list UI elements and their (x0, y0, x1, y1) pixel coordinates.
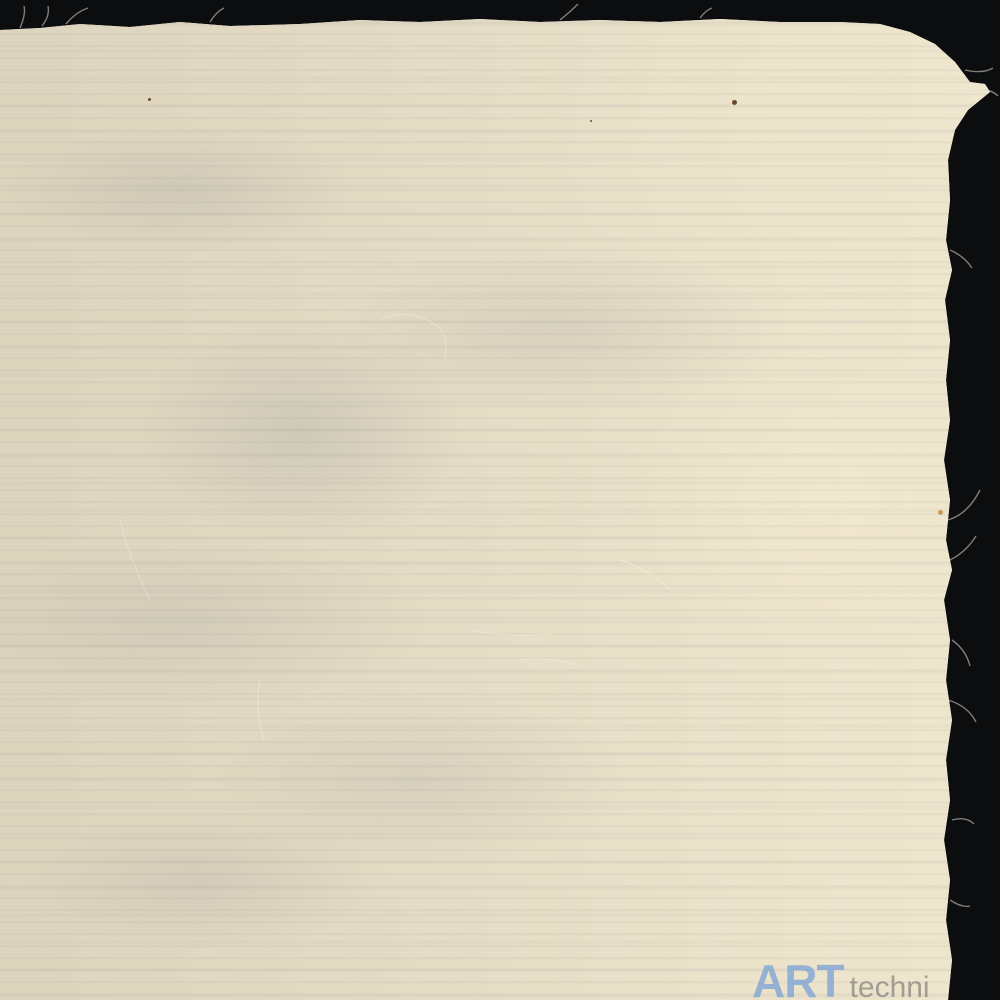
watermark-techni-text: techni (850, 973, 930, 1000)
watermark-logo: ART techni (752, 958, 930, 1000)
handmade-paper-sheet (0, 0, 1000, 1000)
watermark-art-text: ART (752, 958, 844, 1000)
paper-speck (732, 100, 737, 105)
paper-speck (148, 98, 151, 101)
paper-speck (590, 120, 592, 122)
paper-speck (938, 510, 943, 515)
photo-background: ART techni (0, 0, 1000, 1000)
